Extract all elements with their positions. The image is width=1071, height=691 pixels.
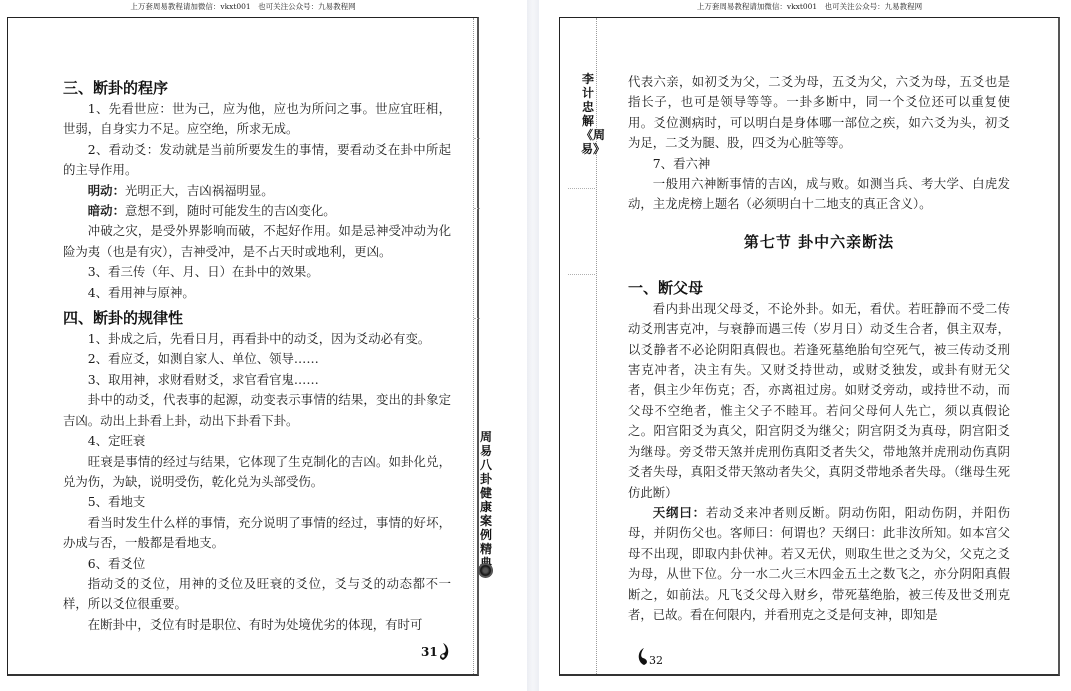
page-number: 31 [421,643,450,660]
page-number-text: 31 [421,645,438,659]
document-page-32: 李计忠解《周易》 代表六亲，如初爻为父，二爻为母，五爻为父，六爻为母，五爻也是指… [559,17,1060,676]
dragon-emblem-icon [478,563,493,578]
paragraph: 7、看六神 [628,154,1010,174]
subsection-heading: 一、断父母 [628,277,1010,299]
page-header-right: 上万套周易教程请加微信：vkxt001 也可关注公众号：九易教程网 [559,1,1060,13]
taiji-ornament-icon [637,648,649,665]
paragraph: 看当时发生什么样的事情，充分说明了事情的经过，事情的好坏，办成与否，一般都是看地… [63,513,451,554]
page-body: 代表六亲，如初爻为父，二爻为母，五爻为父，六爻为母，五爻也是指长子，也可是领导等… [628,72,1010,625]
paragraph: 在断卦中，爻位有时是职位、有时为处境优劣的体现，有时可 [63,615,451,635]
paragraph: 2、看应爻，如测自家人、单位、领导…… [63,349,451,369]
document-page-31: 三、断卦的程序1、先看世应：世为己，应为他，应也为所问之事。世应宜旺相，世弱，自… [7,17,479,676]
paragraph-text: 意想不到，随时可能发生的吉凶变化。 [125,203,336,218]
paragraph: 指动爻的爻位，用神的爻位及旺衰的爻位，爻与爻的动态都不一样，所以爻位很重要。 [63,574,451,615]
paragraph: 4、看用神与原神。 [63,283,451,303]
bold-term: 天纲曰： [653,505,706,520]
section-title: 第七节 卦中六亲断法 [628,231,1010,253]
paragraph: 代表六亲，如初爻为父，二爻为母，五爻为父，六爻为母，五爻也是指长子，也可是领导等… [628,72,1010,154]
section-heading: 四、断卦的规律性 [63,307,451,329]
paragraph: 旺衰是事情的经过与结果，它体现了生克制化的吉凶。如卦化兑，兑为伤，为缺，说明受伤… [63,452,451,493]
paragraph: 1、先看世应：世为己，应为他，应也为所问之事。世应宜旺相，世弱，自身实力不足。应… [63,99,451,140]
paragraph: 一般用六神断事情的吉凶，成与败。如测当兵、考大学、白虎发动，主龙虎榜上题名（必须… [628,174,1010,215]
page-number: 32 [637,646,663,667]
section-heading: 三、断卦的程序 [63,77,451,99]
margin-tick [568,274,595,275]
book-side-title: 周易八卦健康案例精典 [479,430,493,570]
paragraph: 4、定旺衰 [63,431,451,451]
book-side-title: 李计忠解《周易》 [581,72,595,156]
page-body: 三、断卦的程序1、先看世应：世为己，应为他，应也为所问之事。世应宜旺相，世弱，自… [63,77,451,635]
taiji-ornament-icon [438,643,450,660]
paragraph-text: 光明正大，吉凶祸福明显。 [125,183,274,198]
paragraph: 2、看动爻：发动就是当前所要发生的事情，要看动爻在卦中所起的主导作用。 [63,140,451,181]
paragraph: 暗动：意想不到，随时可能发生的吉凶变化。 [63,201,451,221]
page-gap-divider [527,0,539,691]
paragraph: 明动：光明正大，吉凶祸福明显。 [63,181,451,201]
margin-tick [474,208,480,209]
bold-term: 明动： [88,183,125,198]
paragraph: 3、取用神，求财看财爻，求官看官鬼…… [63,370,451,390]
page-number-text: 32 [649,654,663,667]
paragraph: 天纲曰：若动爻来冲者则反断。阴动伤阳，阳动伤阴，并阳伤母，并阴伤父也。客师曰：何… [628,503,1010,625]
paragraph: 6、看爻位 [63,554,451,574]
margin-tick [474,138,480,139]
paragraph: 冲破之灾，是受外界影响而破，不起好作用。如是忌神受冲动为化险为夷（也是有灾），吉… [63,221,451,262]
margin-tick [568,188,595,189]
page-header-left: 上万套周易教程请加微信：vkxt001 也可关注公众号：九易教程网 [7,1,479,13]
bold-term: 暗动： [88,203,125,218]
paragraph: 3、看三传（年、月、日）在卦中的效果。 [63,262,451,282]
paragraph: 5、看地支 [63,492,451,512]
paragraph: 看内卦出现父母爻，不论外卦。如无，看伏。若旺静而不受二传动爻刑害克冲，与衰静而遇… [628,299,1010,503]
margin-rule [473,18,474,674]
margin-rule [596,18,597,674]
margin-tick [474,318,480,319]
paragraph-text: 若动爻来冲者则反断。阴动伤阳，阳动伤阴，并阳伤母，并阴伤父也。客师曰：何谓也？天… [628,505,1010,622]
paragraph: 卦中的动爻，代表事的起源，动变表示事情的结果，变出的卦象定吉凶。动出上卦看上卦，… [63,390,451,431]
paragraph: 1、卦成之后，先看日月，再看卦中的动爻，因为爻动必有变。 [63,329,451,349]
